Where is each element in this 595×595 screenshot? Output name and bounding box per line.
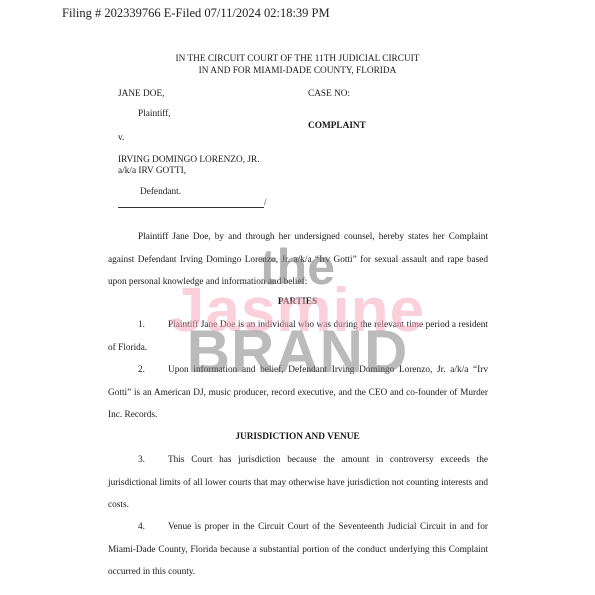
caption-slash: / xyxy=(264,198,267,208)
defendant-name: IRVING DOMINGO LORENZO, JR. xyxy=(118,155,260,165)
plaintiff-role: Plaintiff, xyxy=(138,109,171,119)
document-type: COMPLAINT xyxy=(308,121,366,131)
paragraph-number: 3. xyxy=(138,449,168,472)
intro-paragraph: Plaintiff Jane Doe, by and through her u… xyxy=(108,226,488,294)
section-heading-jurisdiction: JURISDICTION AND VENUE xyxy=(0,432,595,442)
section-heading-parties: PARTIES xyxy=(0,297,595,307)
paragraph-3: 3.This Court has jurisdiction because th… xyxy=(108,449,488,517)
versus: v. xyxy=(118,133,124,143)
paragraph-1: 1.Plaintiff Jane Doe is an individual wh… xyxy=(108,314,488,359)
court-heading: IN THE CIRCUIT COURT OF THE 11TH JUDICIA… xyxy=(0,53,595,77)
court-line-1: IN THE CIRCUIT COURT OF THE 11TH JUDICIA… xyxy=(0,53,595,65)
paragraph-4: 4.Venue is proper in the Circuit Court o… xyxy=(108,516,488,584)
defendant-role: Defendant. xyxy=(140,187,181,197)
paragraph-number: 2. xyxy=(138,359,168,382)
caption-rule xyxy=(118,207,264,208)
paragraph-number: 1. xyxy=(138,314,168,337)
defendant-aka: a/k/a IRV GOTTI, xyxy=(118,166,186,176)
plaintiff-name: JANE DOE, xyxy=(118,89,164,99)
court-line-2: IN AND FOR MIAMI-DADE COUNTY, FLORIDA xyxy=(0,65,595,77)
paragraph-2: 2.Upon information and belief, Defendant… xyxy=(108,359,488,427)
paragraph-number: 4. xyxy=(138,516,168,539)
filing-header: Filing # 202339766 E-Filed 07/11/2024 02… xyxy=(62,6,330,21)
case-number-label: CASE NO: xyxy=(308,89,350,99)
